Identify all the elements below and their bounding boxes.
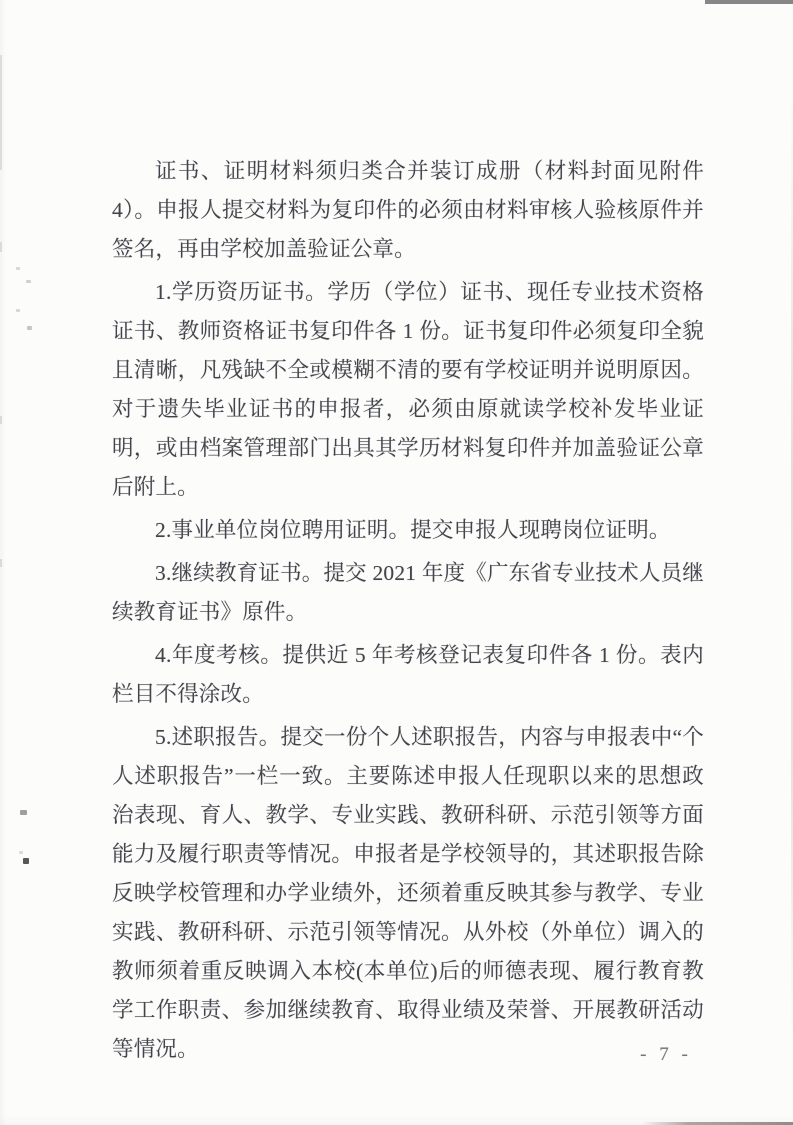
paragraph-item-2-employment-proof: 2.事业单位岗位聘用证明。提交申报人现聘岗位证明。: [112, 511, 704, 550]
scan-speck: [0, 242, 2, 252]
paragraph-item-5-duty-report: 5.述职报告。提交一份个人述职报告，内容与申报表中“个人述职报告”一栏一致。主要…: [112, 718, 704, 1069]
scan-speck: [26, 280, 31, 283]
scan-edge-artifact-bottom: [642, 1122, 793, 1125]
paragraph-item-1-diploma-certificates: 1.学历资历证书。学历（学位）证书、现任专业技术资格证书、教师资格证书复印件各 …: [112, 273, 704, 507]
scan-speck: [19, 851, 23, 854]
page-number: - 7 -: [628, 1044, 704, 1066]
scan-speck: [16, 309, 20, 312]
document-body: 证书、证明材料须归类合并装订成册（材料封面见附件 4）。申报人提交材料为复印件的…: [112, 152, 704, 1073]
scan-edge-artifact-left: [0, 55, 2, 170]
paragraph-binding-requirements: 证书、证明材料须归类合并装订成册（材料封面见附件 4）。申报人提交材料为复印件的…: [112, 152, 704, 269]
scan-speck: [27, 326, 32, 330]
scan-speck: [23, 858, 29, 864]
scan-edge-artifact-top: [705, 0, 793, 4]
scanned-document-page: 证书、证明材料须归类合并装订成册（材料封面见附件 4）。申报人提交材料为复印件的…: [0, 0, 793, 1125]
scan-speck: [20, 810, 27, 815]
scan-speck: [0, 559, 2, 567]
paragraph-item-4-annual-assessment: 4.年度考核。提供近 5 年考核登记表复印件各 1 份。表内栏目不得涂改。: [112, 636, 704, 714]
paragraph-item-3-continuing-education: 3.继续教育证书。提交 2021 年度《广东省专业技术人员继续教育证书》原件。: [112, 554, 704, 632]
scan-speck: [0, 416, 2, 424]
scan-speck: [16, 267, 20, 270]
